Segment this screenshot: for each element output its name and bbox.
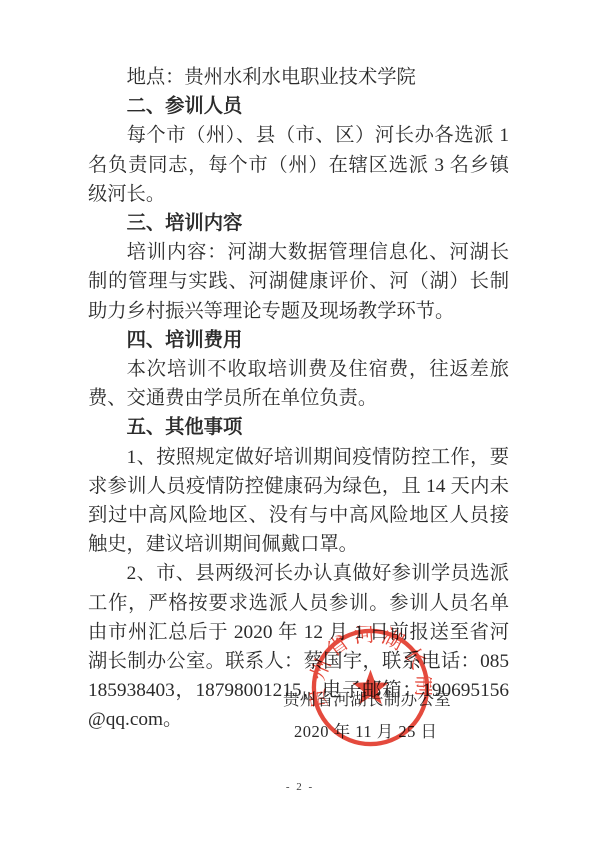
paragraph: 地点：贵州水利水电职业技术学院 xyxy=(88,63,509,92)
page-number: - 2 - xyxy=(0,781,600,793)
section-heading: 三、培训内容 xyxy=(88,209,509,238)
section-heading: 二、参训人员 xyxy=(88,92,509,121)
paragraph: 每个市（州）、县（市、区）河长办各选派 1 名负责同志，每个市（州）在辖区选派 … xyxy=(88,121,509,209)
signature-date: 2020 年 11 月 25 日 xyxy=(294,718,438,742)
document-page: 地点：贵州水利水电职业技术学院二、参训人员每个市（州）、县（市、区）河长办各选派… xyxy=(0,0,600,848)
signature-org: 贵州省河湖长制办公室 xyxy=(283,686,451,710)
paragraph: 本次培训不收取培训费及住宿费，往返差旅费、交通费由学员所在单位负责。 xyxy=(88,355,509,413)
section-heading: 五、其他事项 xyxy=(88,413,509,442)
section-heading: 四、培训费用 xyxy=(88,326,509,355)
document-body: 地点：贵州水利水电职业技术学院二、参训人员每个市（州）、县（市、区）河长办各选派… xyxy=(88,63,509,735)
paragraph: 培训内容：河湖大数据管理信息化、河湖长制的管理与实践、河湖健康评价、河（湖）长制… xyxy=(88,238,509,326)
paragraph: 1、按照规定做好培训期间疫情防控工作，要求参训人员疫情防控健康码为绿色，且 14… xyxy=(88,443,509,560)
